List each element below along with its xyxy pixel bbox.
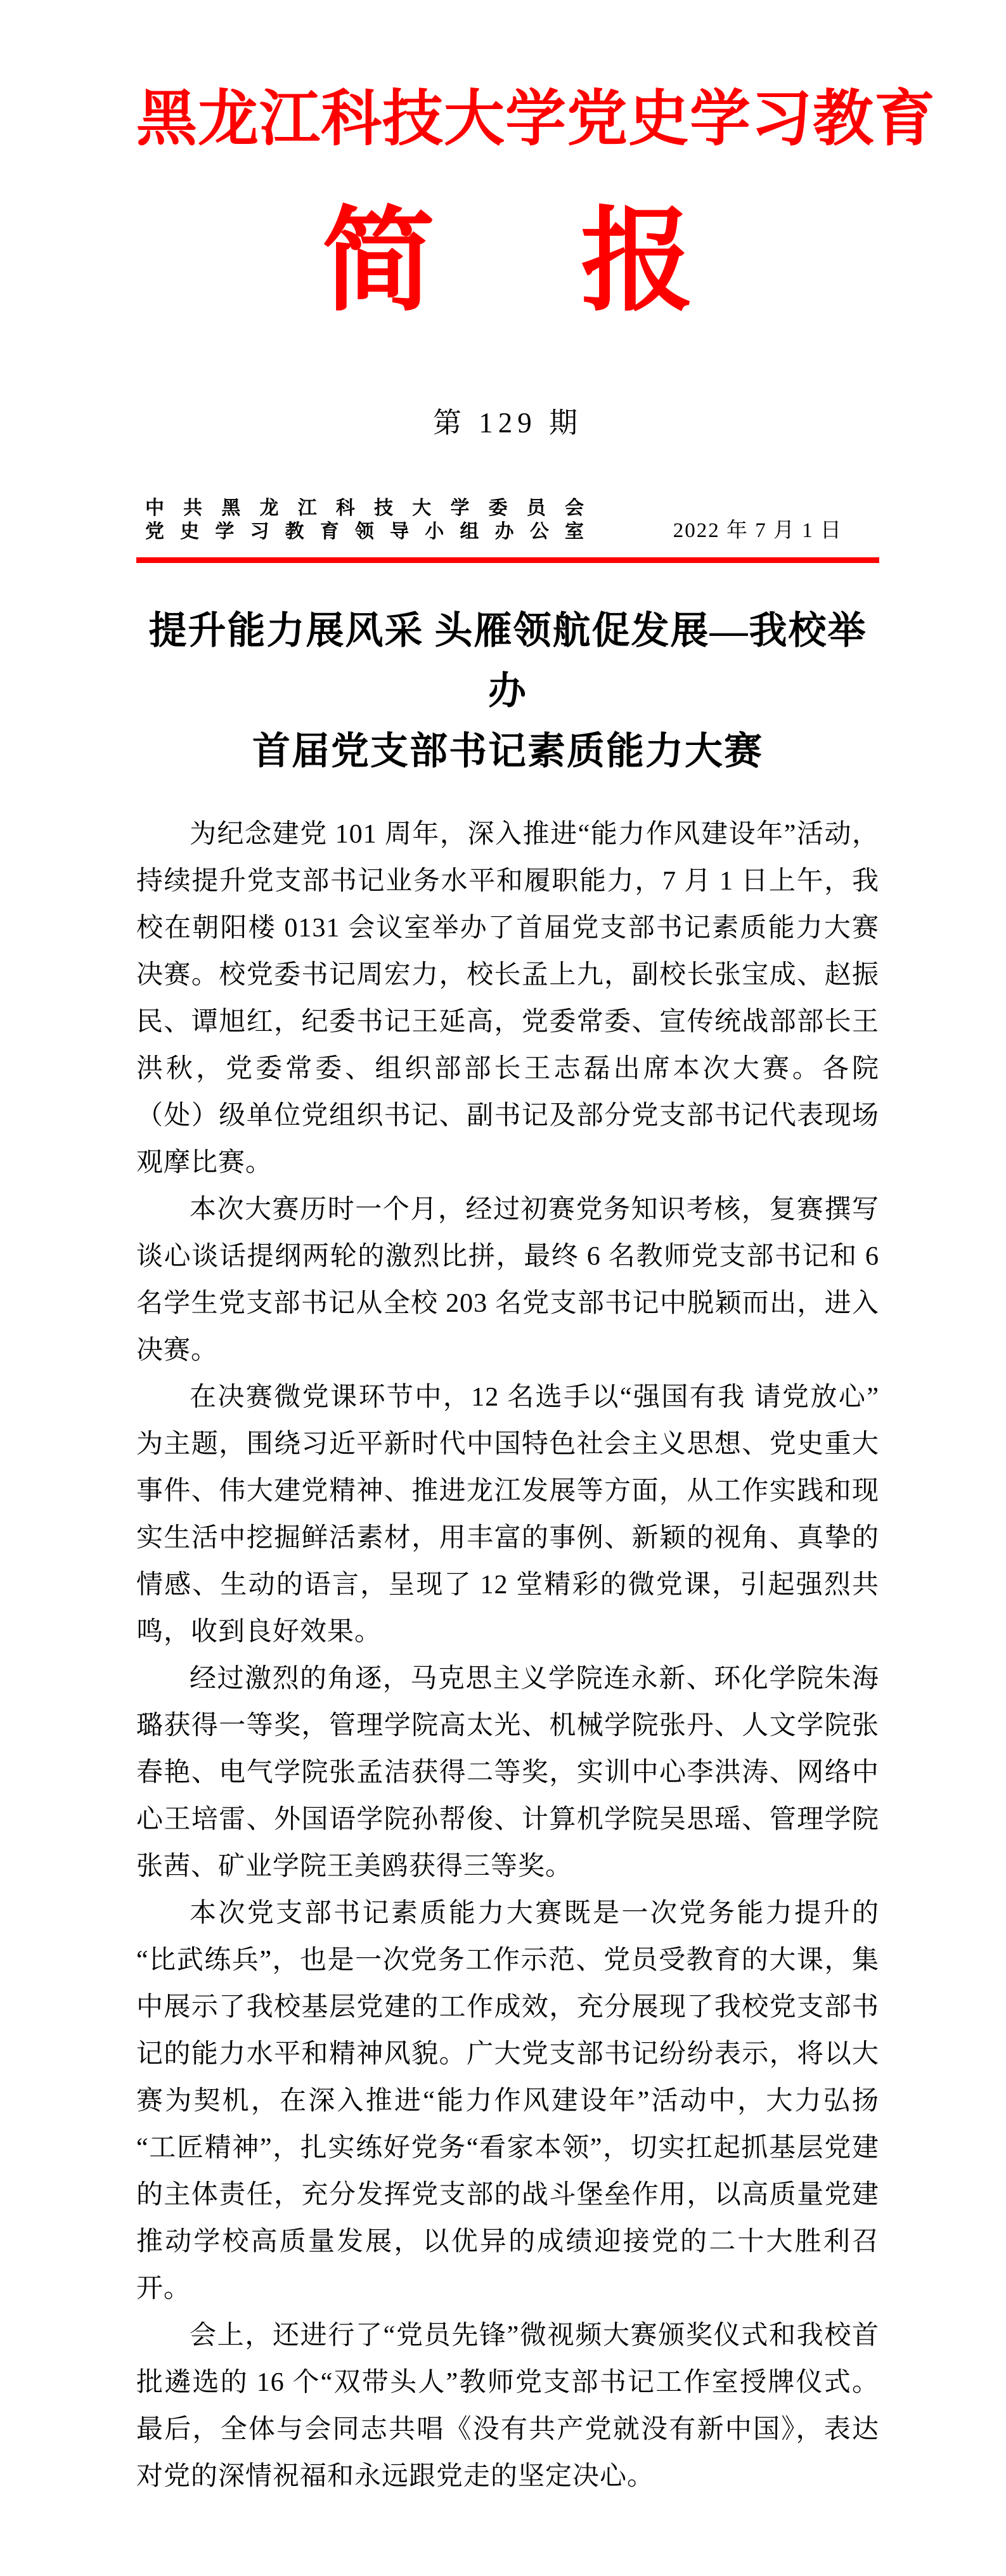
issue-number: 第 129 期 <box>136 399 879 441</box>
publisher-line-2: 党 史 学 习 教 育 领 导 小 组 办 公 室 <box>145 520 584 543</box>
issue-date: 2022 年 7 月 1 日 <box>673 514 879 543</box>
article-paragraph: 经过激烈的角逐，马克思主义学院连永新、环化学院朱海璐获得一等奖，管理学院高太光、… <box>136 1655 879 1890</box>
article-paragraph: 会上，还进行了“党员先锋”微视频大赛颁奖仪式和我校首批遴选的 16 个“双带头人… <box>136 2312 879 2500</box>
brief-char-jian: 简 <box>322 202 435 321</box>
article-paragraph: 为纪念建党 101 周年，深入推进“能力作风建设年”活动，持续提升党支部书记业务… <box>136 811 879 1186</box>
article-title-line-2: 首届党支部书记素质能力大赛 <box>136 722 879 782</box>
article-title: 提升能力展风采 头雁领航促发展—我校举办 首届党支部书记素质能力大赛 <box>136 601 879 782</box>
publisher-block: 中 共 黑 龙 江 科 技 大 学 委 员 会 党 史 学 习 教 育 领 导 … <box>145 496 584 543</box>
red-divider <box>136 557 879 563</box>
brief-char-bao: 报 <box>581 202 693 321</box>
masthead-title: 黑龙江科技大学党史学习教育 <box>136 89 879 150</box>
article-paragraph: 在决赛微党课环节中，12 名选手以“强国有我 请党放心”为主题，围绕习近平新时代… <box>136 1374 879 1655</box>
article-paragraph: 本次党支部书记素质能力大赛既是一次党务能力提升的“比武练兵”，也是一次党务工作示… <box>136 1890 879 2312</box>
publisher-header: 中 共 黑 龙 江 科 技 大 学 委 员 会 党 史 学 习 教 育 领 导 … <box>136 496 879 543</box>
masthead-brief: 简 报 <box>136 202 879 322</box>
article-paragraph: 本次大赛历时一个月，经过初赛党务知识考核，复赛撰写谈心谈话提纲两轮的激烈比拼，最… <box>136 1186 879 1374</box>
article-body: 为纪念建党 101 周年，深入推进“能力作风建设年”活动，持续提升党支部书记业务… <box>136 811 879 2500</box>
publisher-line-1: 中 共 黑 龙 江 科 技 大 学 委 员 会 <box>145 496 584 520</box>
article-title-line-1: 提升能力展风采 头雁领航促发展—我校举办 <box>136 601 879 722</box>
bulletin-page: 黑龙江科技大学党史学习教育 简 报 第 129 期 中 共 黑 龙 江 科 技 … <box>0 0 1006 2576</box>
